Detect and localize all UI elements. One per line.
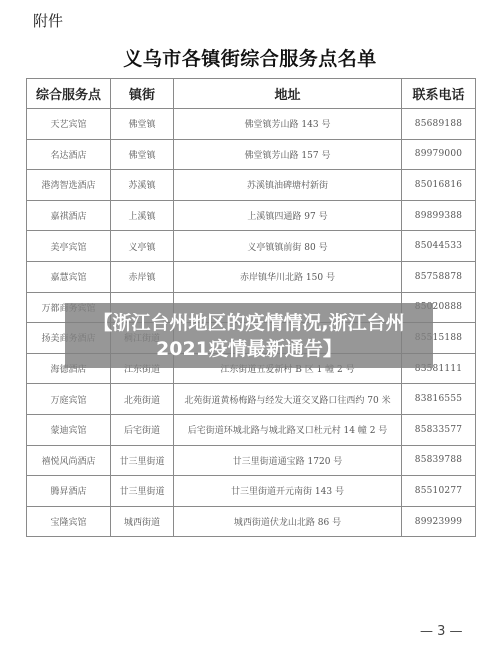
cell-address: 北苑街道黄杨梅路与经发大道交叉路口往西约 70 米 — [174, 384, 402, 415]
cell-town: 佛堂镇 — [111, 109, 174, 140]
table-row: 腾昇酒店 廿三里街道 廿三里街道开元南街 143 号 85510277 — [27, 476, 476, 507]
cell-town: 廿三里街道 — [111, 476, 174, 507]
cell-name: 万庭宾馆 — [27, 384, 111, 415]
cell-name: 名达酒店 — [27, 139, 111, 170]
header-phone: 联系电话 — [402, 79, 476, 109]
cell-town: 赤岸镇 — [111, 261, 174, 292]
table-row: 天艺宾馆 佛堂镇 佛堂镇芳山路 143 号 85689188 — [27, 109, 476, 140]
table-row: 万庭宾馆 北苑街道 北苑街道黄杨梅路与经发大道交叉路口往西约 70 米 8381… — [27, 384, 476, 415]
cell-address: 赤岸镇华川北路 150 号 — [174, 261, 402, 292]
cell-town: 佛堂镇 — [111, 139, 174, 170]
cell-name: 宝隆宾馆 — [27, 506, 111, 537]
header-service-point: 综合服务点 — [27, 79, 111, 109]
attachment-label: 附件 — [33, 10, 63, 31]
cell-address: 佛堂镇芳山路 143 号 — [174, 109, 402, 140]
cell-phone: 85833577 — [402, 414, 476, 445]
cell-town: 廿三里街道 — [111, 445, 174, 476]
table-row: 美亭宾馆 义亭镇 义亭镇镇前街 80 号 85044533 — [27, 231, 476, 262]
cell-address: 佛堂镇芳山路 157 号 — [174, 139, 402, 170]
cell-phone: 89979000 — [402, 139, 476, 170]
table-row: 嘉慧宾馆 赤岸镇 赤岸镇华川北路 150 号 85758878 — [27, 261, 476, 292]
cell-address: 苏溪镇油碑塘村新街 — [174, 170, 402, 201]
cell-phone: 83816555 — [402, 384, 476, 415]
cell-town: 后宅街道 — [111, 414, 174, 445]
table-row: 宝隆宾馆 城西街道 城西街道伏龙山北路 86 号 89923999 — [27, 506, 476, 537]
cell-town: 义亭镇 — [111, 231, 174, 262]
cell-name: 港湾智选酒店 — [27, 170, 111, 201]
cell-phone: 85689188 — [402, 109, 476, 140]
cell-phone: 89899388 — [402, 200, 476, 231]
cell-name: 腾昇酒店 — [27, 476, 111, 507]
table-row: 嘉祺酒店 上溪镇 上溪镇四通路 97 号 89899388 — [27, 200, 476, 231]
table-header-row: 综合服务点 镇街 地址 联系电话 — [27, 79, 476, 109]
overlay-headline-line1: 【浙江台州地区的疫情情况,浙江台州 — [93, 310, 404, 336]
cell-name: 禧悦风尚酒店 — [27, 445, 111, 476]
cell-address: 后宅街道环城北路与城北路叉口杜元村 14 幢 2 号 — [174, 414, 402, 445]
document-title: 义乌市各镇街综合服务点名单 — [0, 44, 500, 71]
cell-town: 北苑街道 — [111, 384, 174, 415]
cell-phone: 85839788 — [402, 445, 476, 476]
header-address: 地址 — [174, 79, 402, 109]
overlay-headline-line2: 2021疫情最新通告】 — [156, 336, 342, 362]
header-town: 镇街 — [111, 79, 174, 109]
cell-name: 嘉慧宾馆 — [27, 261, 111, 292]
page-number: — 3 — — [420, 624, 463, 639]
cell-phone: 85016816 — [402, 170, 476, 201]
headline-overlay-banner: 【浙江台州地区的疫情情况,浙江台州 2021疫情最新通告】 — [65, 303, 433, 368]
table-row: 名达酒店 佛堂镇 佛堂镇芳山路 157 号 89979000 — [27, 139, 476, 170]
cell-name: 嘉祺酒店 — [27, 200, 111, 231]
table-row: 禧悦风尚酒店 廿三里街道 廿三里街道通宝路 1720 号 85839788 — [27, 445, 476, 476]
cell-town: 上溪镇 — [111, 200, 174, 231]
cell-town: 城西街道 — [111, 506, 174, 537]
cell-name: 美亭宾馆 — [27, 231, 111, 262]
cell-phone: 89923999 — [402, 506, 476, 537]
cell-address: 廿三里街道开元南街 143 号 — [174, 476, 402, 507]
cell-address: 上溪镇四通路 97 号 — [174, 200, 402, 231]
cell-address: 义亭镇镇前街 80 号 — [174, 231, 402, 262]
cell-phone: 85044533 — [402, 231, 476, 262]
table-row: 蒙迪宾馆 后宅街道 后宅街道环城北路与城北路叉口杜元村 14 幢 2 号 858… — [27, 414, 476, 445]
cell-name: 天艺宾馆 — [27, 109, 111, 140]
cell-phone: 85758878 — [402, 261, 476, 292]
cell-town: 苏溪镇 — [111, 170, 174, 201]
cell-name: 蒙迪宾馆 — [27, 414, 111, 445]
cell-phone: 85510277 — [402, 476, 476, 507]
cell-address: 廿三里街道通宝路 1720 号 — [174, 445, 402, 476]
cell-address: 城西街道伏龙山北路 86 号 — [174, 506, 402, 537]
table-row: 港湾智选酒店 苏溪镇 苏溪镇油碑塘村新街 85016816 — [27, 170, 476, 201]
